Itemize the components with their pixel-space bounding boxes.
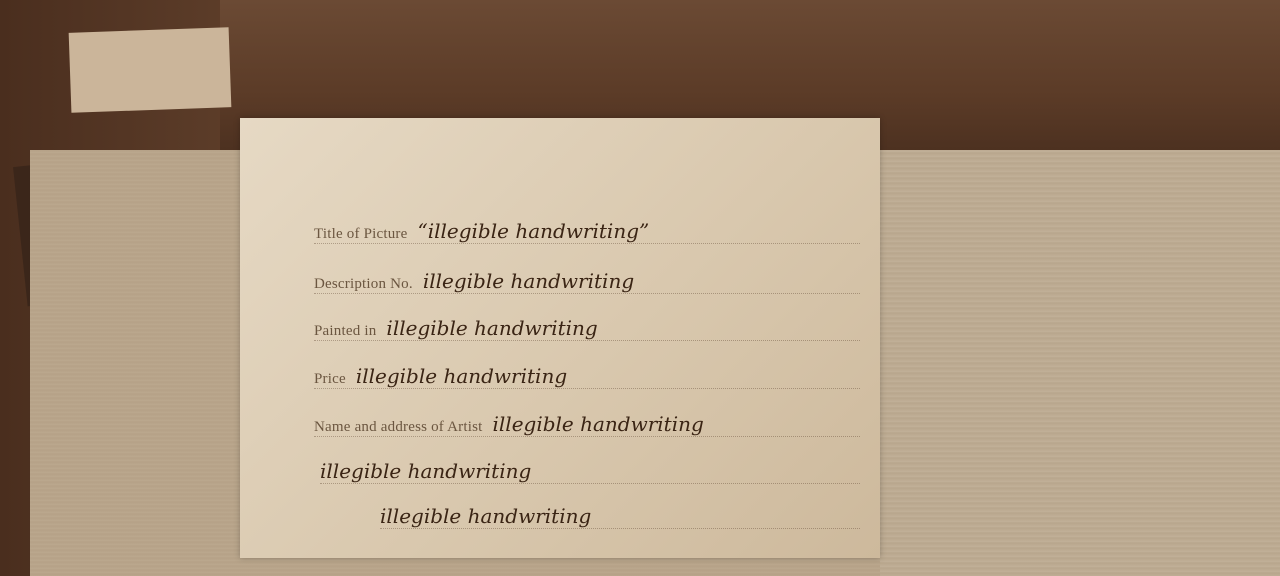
- field-label: Price: [314, 371, 346, 388]
- field-value: illegible handwriting: [386, 316, 597, 340]
- label-row-artist-cont-1: illegible handwriting: [320, 453, 860, 484]
- label-row-description: Description No. illegible handwriting: [314, 263, 860, 294]
- label-row-price: Price illegible handwriting: [314, 358, 860, 389]
- label-row-title: Title of Picture “illegible handwriting”: [314, 213, 860, 244]
- field-value: illegible handwriting: [380, 504, 591, 528]
- label-row-painted-in: Painted in illegible handwriting: [314, 310, 860, 341]
- field-label: Name and address of Artist: [314, 419, 483, 436]
- field-value: illegible handwriting: [493, 412, 704, 436]
- exhibition-label: Title of Picture “illegible handwriting”…: [240, 118, 880, 558]
- field-value: illegible handwriting: [356, 364, 567, 388]
- field-label: Description No.: [314, 276, 413, 293]
- field-value: illegible handwriting: [423, 269, 634, 293]
- label-row-artist: Name and address of Artist illegible han…: [314, 406, 860, 437]
- field-label: Painted in: [314, 323, 376, 340]
- paper-scrap: [69, 27, 232, 113]
- field-label: Title of Picture: [314, 226, 407, 243]
- field-value: illegible handwriting: [320, 459, 531, 483]
- canvas-backing-right: [880, 150, 1280, 576]
- field-value: “illegible handwriting”: [417, 219, 649, 243]
- label-row-artist-cont-2: illegible handwriting: [380, 498, 860, 529]
